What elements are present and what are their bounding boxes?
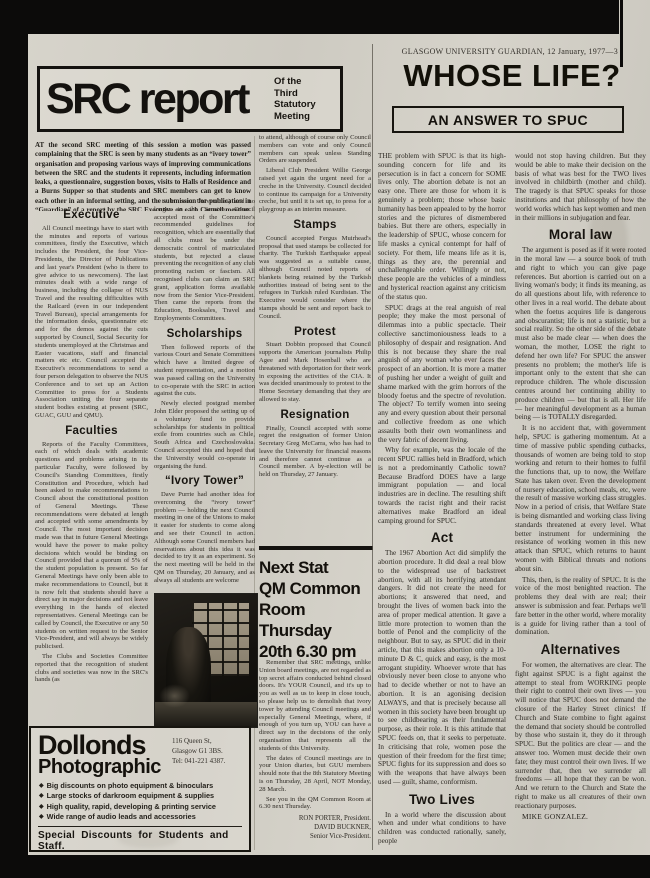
scan-border-topright-line [620, 0, 623, 67]
advert-address: 116 Queen St, Glasgow G1 3BS. Tel: 041-2… [172, 733, 242, 777]
article-paragraph: All Council meetings have to start with … [35, 225, 148, 420]
diamond-bullet-icon: ◆ [39, 813, 44, 822]
advert-footer: Special Discounts for Students and Staff… [38, 826, 242, 852]
next-meeting-announcement: Next Stat QM Common Room Thursday 20th 6… [259, 546, 373, 662]
subtitle-line: Third [274, 88, 336, 100]
whose-life-column-1: THE problem with SPUC is that its high-s… [378, 152, 506, 852]
whose-life-headline: WHOSE LIFE? [386, 58, 638, 94]
article-paragraph: it is in most Universities) and no longe… [154, 198, 255, 323]
advert-header: Dollonds Photographic 116 Queen St, Glas… [38, 733, 242, 777]
article-paragraph: Then followed reports of the various Cou… [154, 344, 255, 399]
subtitle-line: Of the [274, 76, 336, 88]
signoff-line: DAVID BUCKNER, [259, 823, 371, 832]
announcement-line: Thursday [259, 620, 373, 641]
section-heading-two-lives: Two Lives [378, 796, 506, 805]
article-paragraph: The Clubs and Societies Committee report… [35, 653, 148, 684]
whose-life-column-2: would not stop having children. But they… [515, 152, 646, 852]
src-report-title: SRC report [46, 78, 274, 121]
diamond-bullet-icon: ◆ [39, 792, 44, 801]
announcement-line: Room [259, 599, 373, 620]
photo-glare-detail [159, 684, 190, 708]
article-paragraph: The argument is posed as if it were root… [515, 246, 646, 422]
advert-bullet-item: ◆ Large stocks of darkroom equipment & s… [38, 791, 242, 801]
main-column-divider [372, 44, 373, 850]
article-paragraph: Reports of the Faculty Committees, each … [35, 441, 148, 652]
signoff-line: RON PORTER, President. [259, 814, 371, 823]
src-report-subtitle: Of the Third Statutory Meeting [274, 76, 340, 122]
section-heading-resignation: Resignation [259, 412, 371, 420]
diamond-bullet-icon: ◆ [39, 803, 44, 812]
article-paragraph: would not stop having children. But they… [515, 152, 646, 222]
article-paragraph: Finally, Council accepted with some regr… [259, 425, 371, 480]
src-column-3-closing: Remember that SRC meetings, unlike Union… [259, 659, 371, 853]
bullet-text: High quality, rapid, developing & printi… [47, 802, 216, 811]
section-heading-act: Act [378, 534, 506, 543]
src-report-masthead-box: SRC report Of the Third Statutory Meetin… [37, 66, 343, 132]
announcement-rule [259, 546, 373, 550]
subtitle-line: Meeting [274, 111, 336, 123]
answer-to-spuc-subhead: AN ANSWER TO SPUC [392, 106, 624, 133]
section-heading-scholarships: Scholarships [154, 331, 255, 339]
announcement-line: QM Common [259, 578, 373, 599]
scan-border-top [28, 0, 619, 34]
advert-bullet-item: ◆ Wide range of audio leads and accessor… [38, 812, 242, 822]
article-paragraph: This, then, is the reality of SPUC. It i… [515, 576, 646, 638]
article-paragraph: The dates of Council meetings are in you… [259, 755, 371, 794]
dollonds-advert: Dollonds Photographic 116 Queen St, Glas… [29, 726, 251, 852]
src-report-article: SRC report Of the Third Statutory Meetin… [35, 40, 373, 855]
article-paragraph: See you in the QM Common Room at 6.30 ne… [259, 796, 371, 812]
address-line: Tel: 041-221 4387. [172, 756, 242, 766]
section-heading-moral-law: Moral law [515, 231, 646, 240]
article-paragraph: For women, the alternatives are clear. T… [515, 661, 646, 811]
advert-bullet-item: ◆ High quality, rapid, developing & prin… [38, 802, 242, 812]
src-column-2: it is in most Universities) and no longe… [154, 198, 255, 590]
author-byline: MIKE GONZALEZ. [515, 813, 646, 822]
scan-border-bottom [0, 855, 650, 878]
article-paragraph: Council accepted Fergus Muirhead's propo… [259, 235, 371, 321]
section-heading-protest: Protest [259, 329, 371, 337]
section-heading-stamps: Stamps [259, 222, 371, 230]
announcement-line: Next Stat [259, 557, 373, 578]
article-paragraph: Why for example, was the locale of the r… [378, 446, 506, 525]
subtitle-line: Statutory [274, 99, 336, 111]
scan-border-left [0, 0, 28, 878]
article-paragraph: In a world where the discussion about wh… [378, 811, 506, 846]
bullet-text: Big discounts on photo equipment & binoc… [47, 781, 214, 790]
article-paragraph: The 1967 Abortion Act did simplify the a… [378, 549, 506, 787]
whose-life-article: WHOSE LIFE? AN ANSWER TO SPUC THE proble… [378, 44, 648, 854]
bullet-text: Wide range of audio leads and accessorie… [47, 812, 196, 821]
signoff-line: Senior Vice-President. [259, 832, 371, 841]
advert-brand-line2: Photographic [38, 757, 161, 777]
article-paragraph: Stuart Dobbin proposed that Council supp… [259, 341, 371, 403]
advert-brand-line1: Dollonds [38, 733, 161, 757]
article-paragraph: THE problem with SPUC is that its high-s… [378, 152, 506, 302]
section-heading-faculties: Faculties [35, 428, 148, 436]
article-paragraph: Newly elected postgrad member John Elder… [154, 400, 255, 470]
advert-bullet-item: ◆ Big discounts on photo equipment & bin… [38, 781, 242, 791]
src-column-1: Executive All Council meetings have to s… [35, 204, 148, 732]
address-line: 116 Queen St, [172, 736, 242, 746]
advert-brand: Dollonds Photographic [38, 733, 161, 777]
article-paragraph: SPUC drags at the real anguish of real p… [378, 304, 506, 445]
council-meeting-photo [154, 593, 258, 728]
article-paragraph: Remember that SRC meetings, unlike Union… [259, 659, 371, 753]
article-paragraph: Dave Purrie had another idea for overcom… [154, 491, 255, 585]
address-line: Glasgow G1 3BS. [172, 746, 242, 756]
advert-bullet-list: ◆ Big discounts on photo equipment & bin… [38, 781, 242, 822]
section-heading-executive: Executive [35, 212, 148, 220]
bullet-text: Large stocks of darkroom equipment & sup… [47, 791, 214, 800]
article-paragraph: It is no accident that, with government … [515, 424, 646, 574]
section-heading-alternatives: Alternatives [515, 646, 646, 655]
article-paragraph: Liberal Club President Willie George rai… [259, 167, 371, 214]
diamond-bullet-icon: ◆ [39, 782, 44, 791]
src-column-3: to attend, although of course only Counc… [259, 134, 371, 548]
section-heading-ivory-tower: “Ivory Tower” [154, 478, 255, 486]
scanned-newspaper-page: GLASGOW UNIVERSITY GUARDIAN, 12 January,… [0, 0, 650, 878]
article-paragraph: to attend, although of course only Counc… [259, 134, 371, 165]
src-signoff: RON PORTER, President. DAVID BUCKNER, Se… [259, 814, 371, 841]
